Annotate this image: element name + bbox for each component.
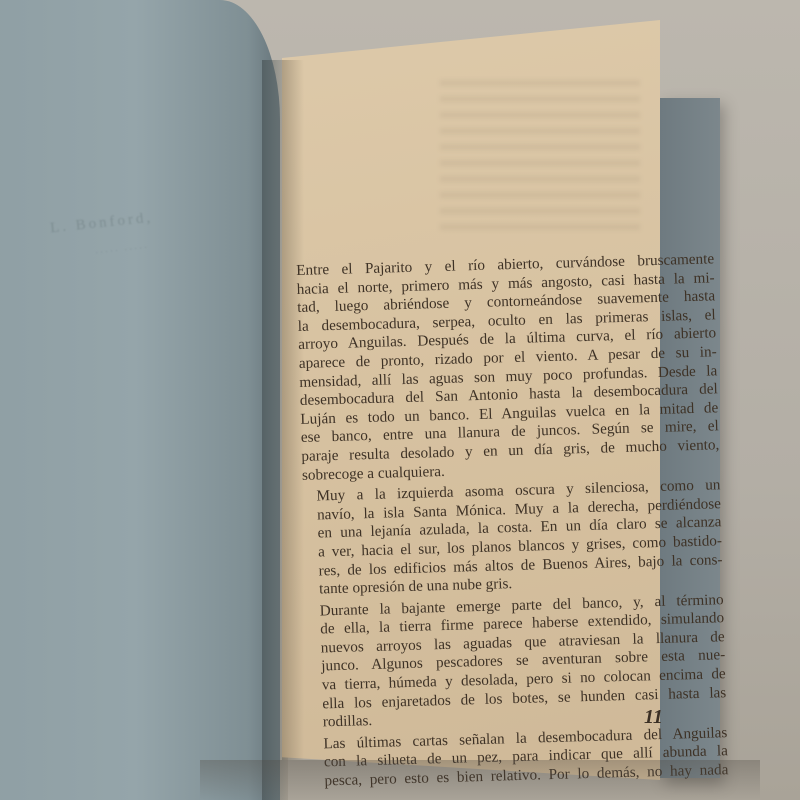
page-body-text: Entre el Pajarito y el río abierto, curv…: [296, 250, 729, 791]
bleed-through-text: [440, 80, 640, 230]
table-shadow: [200, 760, 760, 800]
left-page: [0, 0, 280, 800]
page-number: 11: [644, 706, 663, 729]
paragraph: Entre el Pajarito y el río abierto, curv…: [296, 250, 720, 485]
book-photo: L. Bonford, ····· ····· Entre el Pajarit…: [0, 0, 800, 800]
paragraph: Durante la bajante emerge parte del banc…: [306, 591, 727, 733]
paragraph: Muy a la izquierda asoma oscura y silenc…: [302, 476, 723, 599]
